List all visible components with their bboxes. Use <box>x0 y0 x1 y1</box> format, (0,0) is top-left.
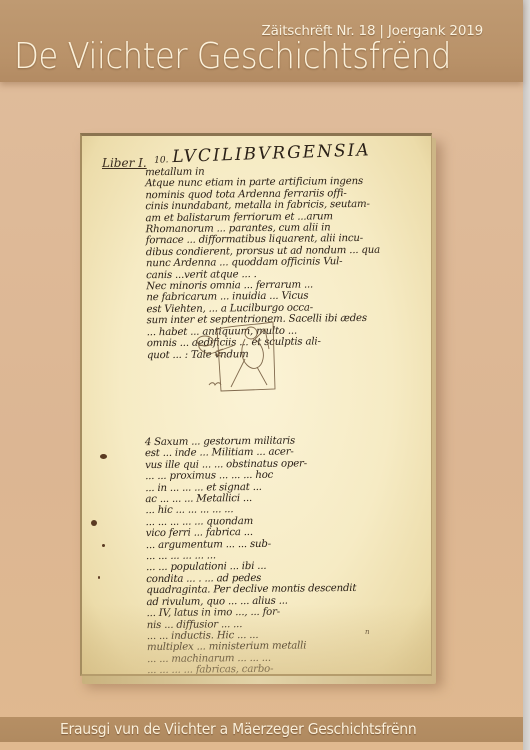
manuscript-line: nis ... diffusior ... ... <box>147 617 357 631</box>
manuscript-heading: 10.LVCILIBVRGENSIA <box>154 140 371 168</box>
manuscript-line: ad rivulum, quo ... ... alius ... <box>146 595 356 609</box>
manuscript-line: ... IV, latus in imo ..., ... for- <box>147 606 357 620</box>
manuscript-line: ... ... ... ... fabricas, carbo- <box>147 663 357 676</box>
manuscript-margin-note: Liber I. <box>102 156 147 170</box>
manuscript-line: ... ... inductis. Hic ... ... <box>147 629 357 643</box>
manuscript-image: Liber I. 10.LVCILIBVRGENSIA metallum inA… <box>80 133 432 676</box>
cherub-sketch-icon <box>195 319 290 401</box>
manuscript-heading-text: LVCILIBVRGENSIA <box>172 140 371 167</box>
ink-stain <box>98 576 100 579</box>
manuscript-line: ... ... machinarum ... ... ... <box>147 652 357 666</box>
magazine-title: De Viichter Geschichtsfrënd <box>14 37 451 77</box>
manuscript-page-number: n <box>365 628 370 636</box>
ink-stain <box>100 454 107 459</box>
ink-stain <box>102 544 105 547</box>
manuscript-line: multiplex ... ministerium metalli <box>147 640 357 654</box>
manuscript-line: quadraginta. Per declive montis descendi… <box>146 583 356 597</box>
ink-stain <box>91 520 97 526</box>
scan-edge <box>523 0 530 750</box>
header-band: Zäitschrëft Nr. 18 | Joergank 2019 De Vi… <box>0 0 523 82</box>
publisher-line: Erausgi vun de Viichter a Mäerzeger Gesc… <box>60 720 416 738</box>
manuscript-text-block-2: 4 Saxum ... gestorum militarisest ... in… <box>145 435 357 676</box>
manuscript-heading-number: 10. <box>154 155 169 165</box>
manuscript-line: cinis inundabant, metalla in fabricis, s… <box>145 199 379 213</box>
